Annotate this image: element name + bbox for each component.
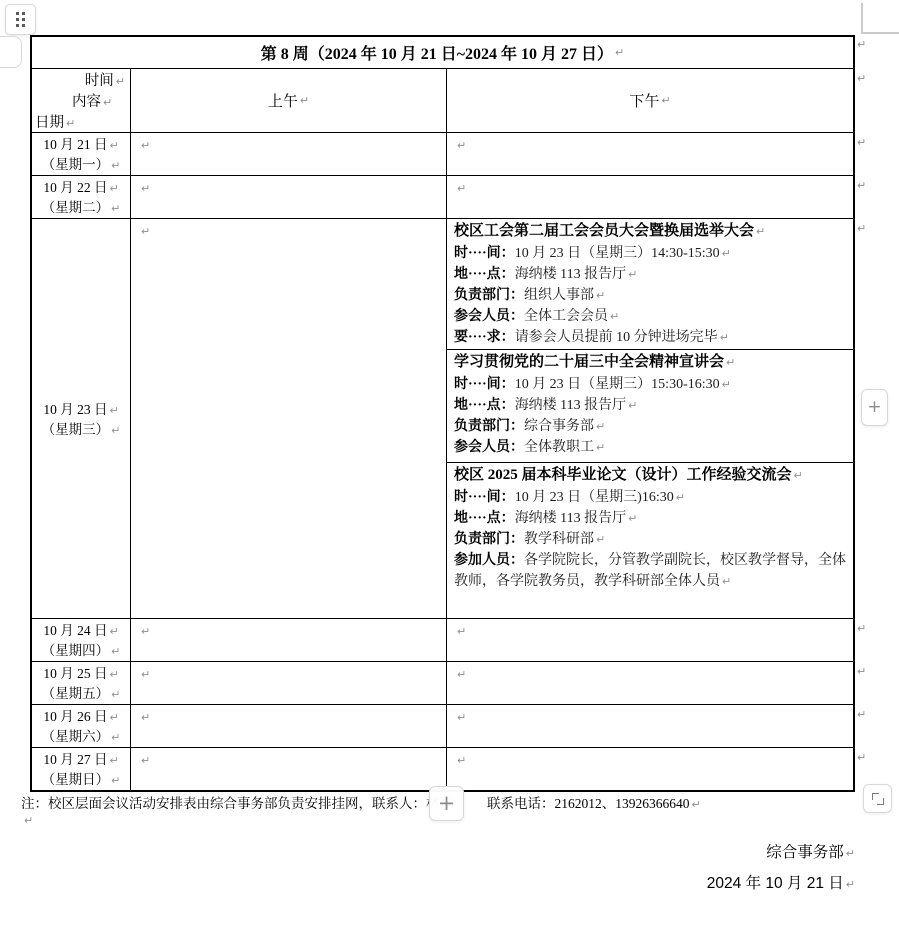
field-label: 要····求： [454,330,515,345]
pilcrow-mark: ↵ [457,754,466,767]
field-label: 时····间： [454,246,515,261]
date-cell-oct21[interactable]: 10 月 21 日↵ （星期一）↵ [32,133,131,175]
weekday-label: （星期五） [42,686,110,701]
signature-department: 综合事务部 [766,844,844,861]
field-value: 全体教职工 [524,440,594,455]
date-label: 10 月 26 日 [43,709,107,724]
field-value: 10 月 23 日（星期三)16:30 [515,490,674,505]
table-resize-handle-button[interactable] [863,784,892,813]
field-label: 参加人员： [454,553,524,568]
date-cell-oct22[interactable]: 10 月 22 日↵ （星期二）↵ [32,176,131,218]
pilcrow-mark: ↵ [66,117,75,130]
field-value: 海纳楼 113 报告厅 [515,511,626,526]
pilcrow-mark: ↵ [111,731,120,744]
field-value: 10 月 23 日（星期三）14:30-15:30 [515,246,720,261]
plus-icon: + [438,793,456,814]
pilcrow-mark: ↵ [596,441,605,454]
event-union-congress[interactable]: 校区工会第二届工会会员大会暨换届选举大会↵ 时····间：10 月 23 日（星… [447,219,853,350]
pilcrow-mark: ↵ [857,72,866,85]
field-value: 全体工会会员 [524,309,608,324]
event-spirit-lecture[interactable]: 学习贯彻党的二十届三中全会精神宣讲会↵ 时····间：10 月 23 日（星期三… [447,350,853,463]
pilcrow-mark: ↵ [141,711,150,724]
header-corner-date: 日期 [35,115,64,131]
field-value: 请参会人员提前 10 分钟进场完毕 [515,330,718,345]
afternoon-cell-oct22[interactable]: ↵ [447,176,853,218]
weekday-label: （星期四） [42,643,110,658]
pilcrow-mark: ↵ [846,847,855,860]
pilcrow-mark: ↵ [726,356,735,369]
header-morning-label: 上午 [268,90,298,111]
date-cell-oct25[interactable]: 10 月 25 日↵ （星期五）↵ [32,662,131,704]
pilcrow-mark: ↵ [661,94,670,107]
pilcrow-mark: ↵ [111,774,120,787]
date-label: 10 月 27 日 [43,752,107,767]
pilcrow-mark: ↵ [628,268,637,281]
table-row-oct22: 10 月 22 日↵ （星期二）↵ ↵ ↵ [32,175,853,218]
pilcrow-mark: ↵ [300,94,309,107]
date-label: 10 月 22 日 [43,180,107,195]
field-value: 教学科研部 [524,532,594,547]
pilcrow-mark: ↵ [846,878,855,891]
pilcrow-mark: ↵ [457,668,466,681]
pilcrow-mark: ↵ [676,491,685,504]
pilcrow-mark: ↵ [722,247,731,260]
header-corner-content: 内容 [72,94,101,110]
pilcrow-mark: ↵ [857,222,866,235]
header-morning-cell[interactable]: 上午↵ [131,69,447,132]
afternoon-cell-oct27[interactable]: ↵ [447,748,853,790]
pilcrow-mark: ↵ [111,688,120,701]
field-label: 地····点： [454,398,515,413]
weekday-label: （星期二） [42,200,110,215]
pilcrow-mark: ↵ [109,668,118,681]
table-move-handle-button[interactable] [5,4,36,35]
table-row-oct25: 10 月 25 日↵ （星期五）↵ ↵ ↵ [32,661,853,704]
margin-crop-mark-vertical [861,3,863,33]
pilcrow-mark: ↵ [141,139,150,152]
pilcrow-mark: ↵ [857,622,866,635]
pilcrow-mark: ↵ [141,182,150,195]
morning-cell-oct27[interactable]: ↵ [131,748,447,790]
date-label: 10 月 25 日 [43,666,107,681]
week-title-cell[interactable]: 第 8 周（2024 年 10 月 21 日~2024 年 10 月 27 日）… [32,37,853,68]
field-value: 海纳楼 113 报告厅 [515,267,626,282]
date-cell-oct26[interactable]: 10 月 26 日↵ （星期六）↵ [32,705,131,747]
note-text-part1: 注：校区层面会议活动安排表由综合事务部负责安排挂网，联系人：林以 [21,796,453,811]
field-label: 地····点： [454,511,515,526]
header-corner-time: 时间 [85,73,114,89]
date-label: 10 月 24 日 [43,623,107,638]
pilcrow-mark: ↵ [692,798,701,811]
pilcrow-mark: ↵ [794,469,803,482]
afternoon-cell-oct25[interactable]: ↵ [447,662,853,704]
partial-toolbar-button[interactable] [0,36,22,68]
pilcrow-mark: ↵ [857,38,866,51]
pilcrow-mark: ↵ [857,708,866,721]
date-cell-oct23[interactable]: 10 月 23 日↵ （星期三）↵ [32,219,131,618]
pilcrow-mark: ↵ [109,182,118,195]
pilcrow-mark: ↵ [596,289,605,302]
morning-cell-oct24[interactable]: ↵ [131,619,447,661]
weekday-label: （星期日） [42,772,110,787]
table-row-oct24: 10 月 24 日↵ （星期四）↵ ↵ ↵ [32,618,853,661]
morning-cell-oct21[interactable]: ↵ [131,133,447,175]
drag-dots-icon [16,12,25,27]
field-label: 负责部门： [454,288,524,303]
field-value: 海纳楼 113 报告厅 [515,398,626,413]
weekly-schedule-table: 第 8 周（2024 年 10 月 21 日~2024 年 10 月 27 日）… [30,35,855,792]
pilcrow-mark: ↵ [857,665,866,678]
pilcrow-mark: ↵ [109,625,118,638]
weekday-label: （星期三） [42,422,110,437]
pilcrow-mark: ↵ [722,575,731,588]
table-row-oct27: 10 月 27 日↵ （星期日）↵ ↵ ↵ [32,747,853,790]
field-label: 地····点： [454,267,515,282]
field-value: 组织人事部 [524,288,594,303]
pilcrow-mark: ↵ [857,179,866,192]
pilcrow-mark: ↵ [109,754,118,767]
insert-row-button[interactable]: + [429,786,464,821]
date-label: 10 月 21 日 [43,137,107,152]
field-label: 参会人员： [454,440,524,455]
table-row-oct21: 10 月 21 日↵ （星期一）↵ ↵ ↵ [32,132,853,175]
pilcrow-mark: ↵ [457,139,466,152]
morning-cell-oct23[interactable]: ↵ [131,219,447,618]
resize-diagonal-icon [872,793,884,805]
pilcrow-mark: ↵ [720,331,729,344]
note-line[interactable]: 注：校区层面会议活动安排表由综合事务部负责安排挂网，联系人：林以联系电话：216… [21,792,701,812]
field-label: 负责部门： [454,532,524,547]
afternoon-cell-oct23[interactable]: 校区工会第二届工会会员大会暨换届选举大会↵ 时····间：10 月 23 日（星… [447,219,853,618]
pilcrow-mark: ↵ [457,182,466,195]
pilcrow-mark: ↵ [756,225,765,238]
plus-icon: + [867,399,881,416]
signature-block[interactable]: 综合事务部↵ 2024 年 10 月 21 日↵ [707,838,855,900]
event-title: 校区工会第二届工会会员大会暨换届选举大会 [454,223,754,239]
pilcrow-mark: ↵ [457,711,466,724]
afternoon-cell-oct21[interactable]: ↵ [447,133,853,175]
pilcrow-mark: ↵ [628,512,637,525]
field-value: 10 月 23 日（星期三）15:30-16:30 [515,377,720,392]
week-title: 第 8 周（2024 年 10 月 21 日~2024 年 10 月 27 日） [261,41,613,64]
pilcrow-mark: ↵ [111,202,120,215]
insert-column-button[interactable]: + [861,389,888,426]
weekday-label: （星期一） [42,157,110,172]
pilcrow-mark: ↵ [857,136,866,149]
pilcrow-mark: ↵ [141,625,150,638]
pilcrow-mark: ↵ [141,225,150,238]
afternoon-cell-oct26[interactable]: ↵ [447,705,853,747]
pilcrow-mark: ↵ [111,424,120,437]
pilcrow-mark: ↵ [722,378,731,391]
header-afternoon-cell[interactable]: 下午↵ [447,69,853,132]
date-label: 10 月 23 日 [43,402,107,417]
date-cell-oct24[interactable]: 10 月 24 日↵ （星期四）↵ [32,619,131,661]
table-row-oct26: 10 月 26 日↵ （星期六）↵ ↵ ↵ [32,704,853,747]
pilcrow-mark: ↵ [596,420,605,433]
morning-cell-oct26[interactable]: ↵ [131,705,447,747]
header-afternoon-label: 下午 [629,90,659,111]
header-corner-cell[interactable]: 时间↵ 内容↵ 日期↵ [32,69,131,132]
pilcrow-mark: ↵ [457,625,466,638]
pilcrow-mark: ↵ [141,754,150,767]
morning-cell-oct25[interactable]: ↵ [131,662,447,704]
table-row-oct23: 10 月 23 日↵ （星期三）↵ ↵ 校区工会第二届工会会员大会暨换届选举大会… [32,218,853,618]
margin-crop-mark-horizontal [861,32,899,34]
pilcrow-mark: ↵ [103,96,112,109]
pilcrow-mark: ↵ [109,711,118,724]
event-thesis-exchange[interactable]: 校区 2025 届本科毕业论文（设计）工作经验交流会↵ 时····间：10 月 … [447,463,853,618]
pilcrow-mark: ↵ [111,159,120,172]
pilcrow-mark: ↵ [857,751,866,764]
signature-date: 2024 年 10 月 21 日 [707,875,844,892]
pilcrow-mark: ↵ [596,533,605,546]
pilcrow-mark: ↵ [628,399,637,412]
field-value: 综合事务部 [524,419,594,434]
field-label: 负责部门： [454,419,524,434]
weekday-label: （星期六） [42,729,110,744]
date-cell-oct27[interactable]: 10 月 27 日↵ （星期日）↵ [32,748,131,790]
afternoon-cell-oct24[interactable]: ↵ [447,619,853,661]
pilcrow-mark: ↵ [24,814,33,827]
event-title: 学习贯彻党的二十届三中全会精神宣讲会 [454,354,724,370]
morning-cell-oct22[interactable]: ↵ [131,176,447,218]
pilcrow-mark: ↵ [109,404,118,417]
pilcrow-mark: ↵ [111,645,120,658]
field-label: 时····间： [454,377,515,392]
field-label: 时····间： [454,490,515,505]
field-label: 参会人员： [454,309,524,324]
pilcrow-mark: ↵ [615,46,624,59]
pilcrow-mark: ↵ [109,139,118,152]
pilcrow-mark: ↵ [141,668,150,681]
pilcrow-mark: ↵ [116,75,125,88]
note-text-part2: 联系电话：2162012、13926366640 [487,796,690,811]
pilcrow-mark: ↵ [610,310,619,323]
event-title: 校区 2025 届本科毕业论文（设计）工作经验交流会 [454,467,792,483]
